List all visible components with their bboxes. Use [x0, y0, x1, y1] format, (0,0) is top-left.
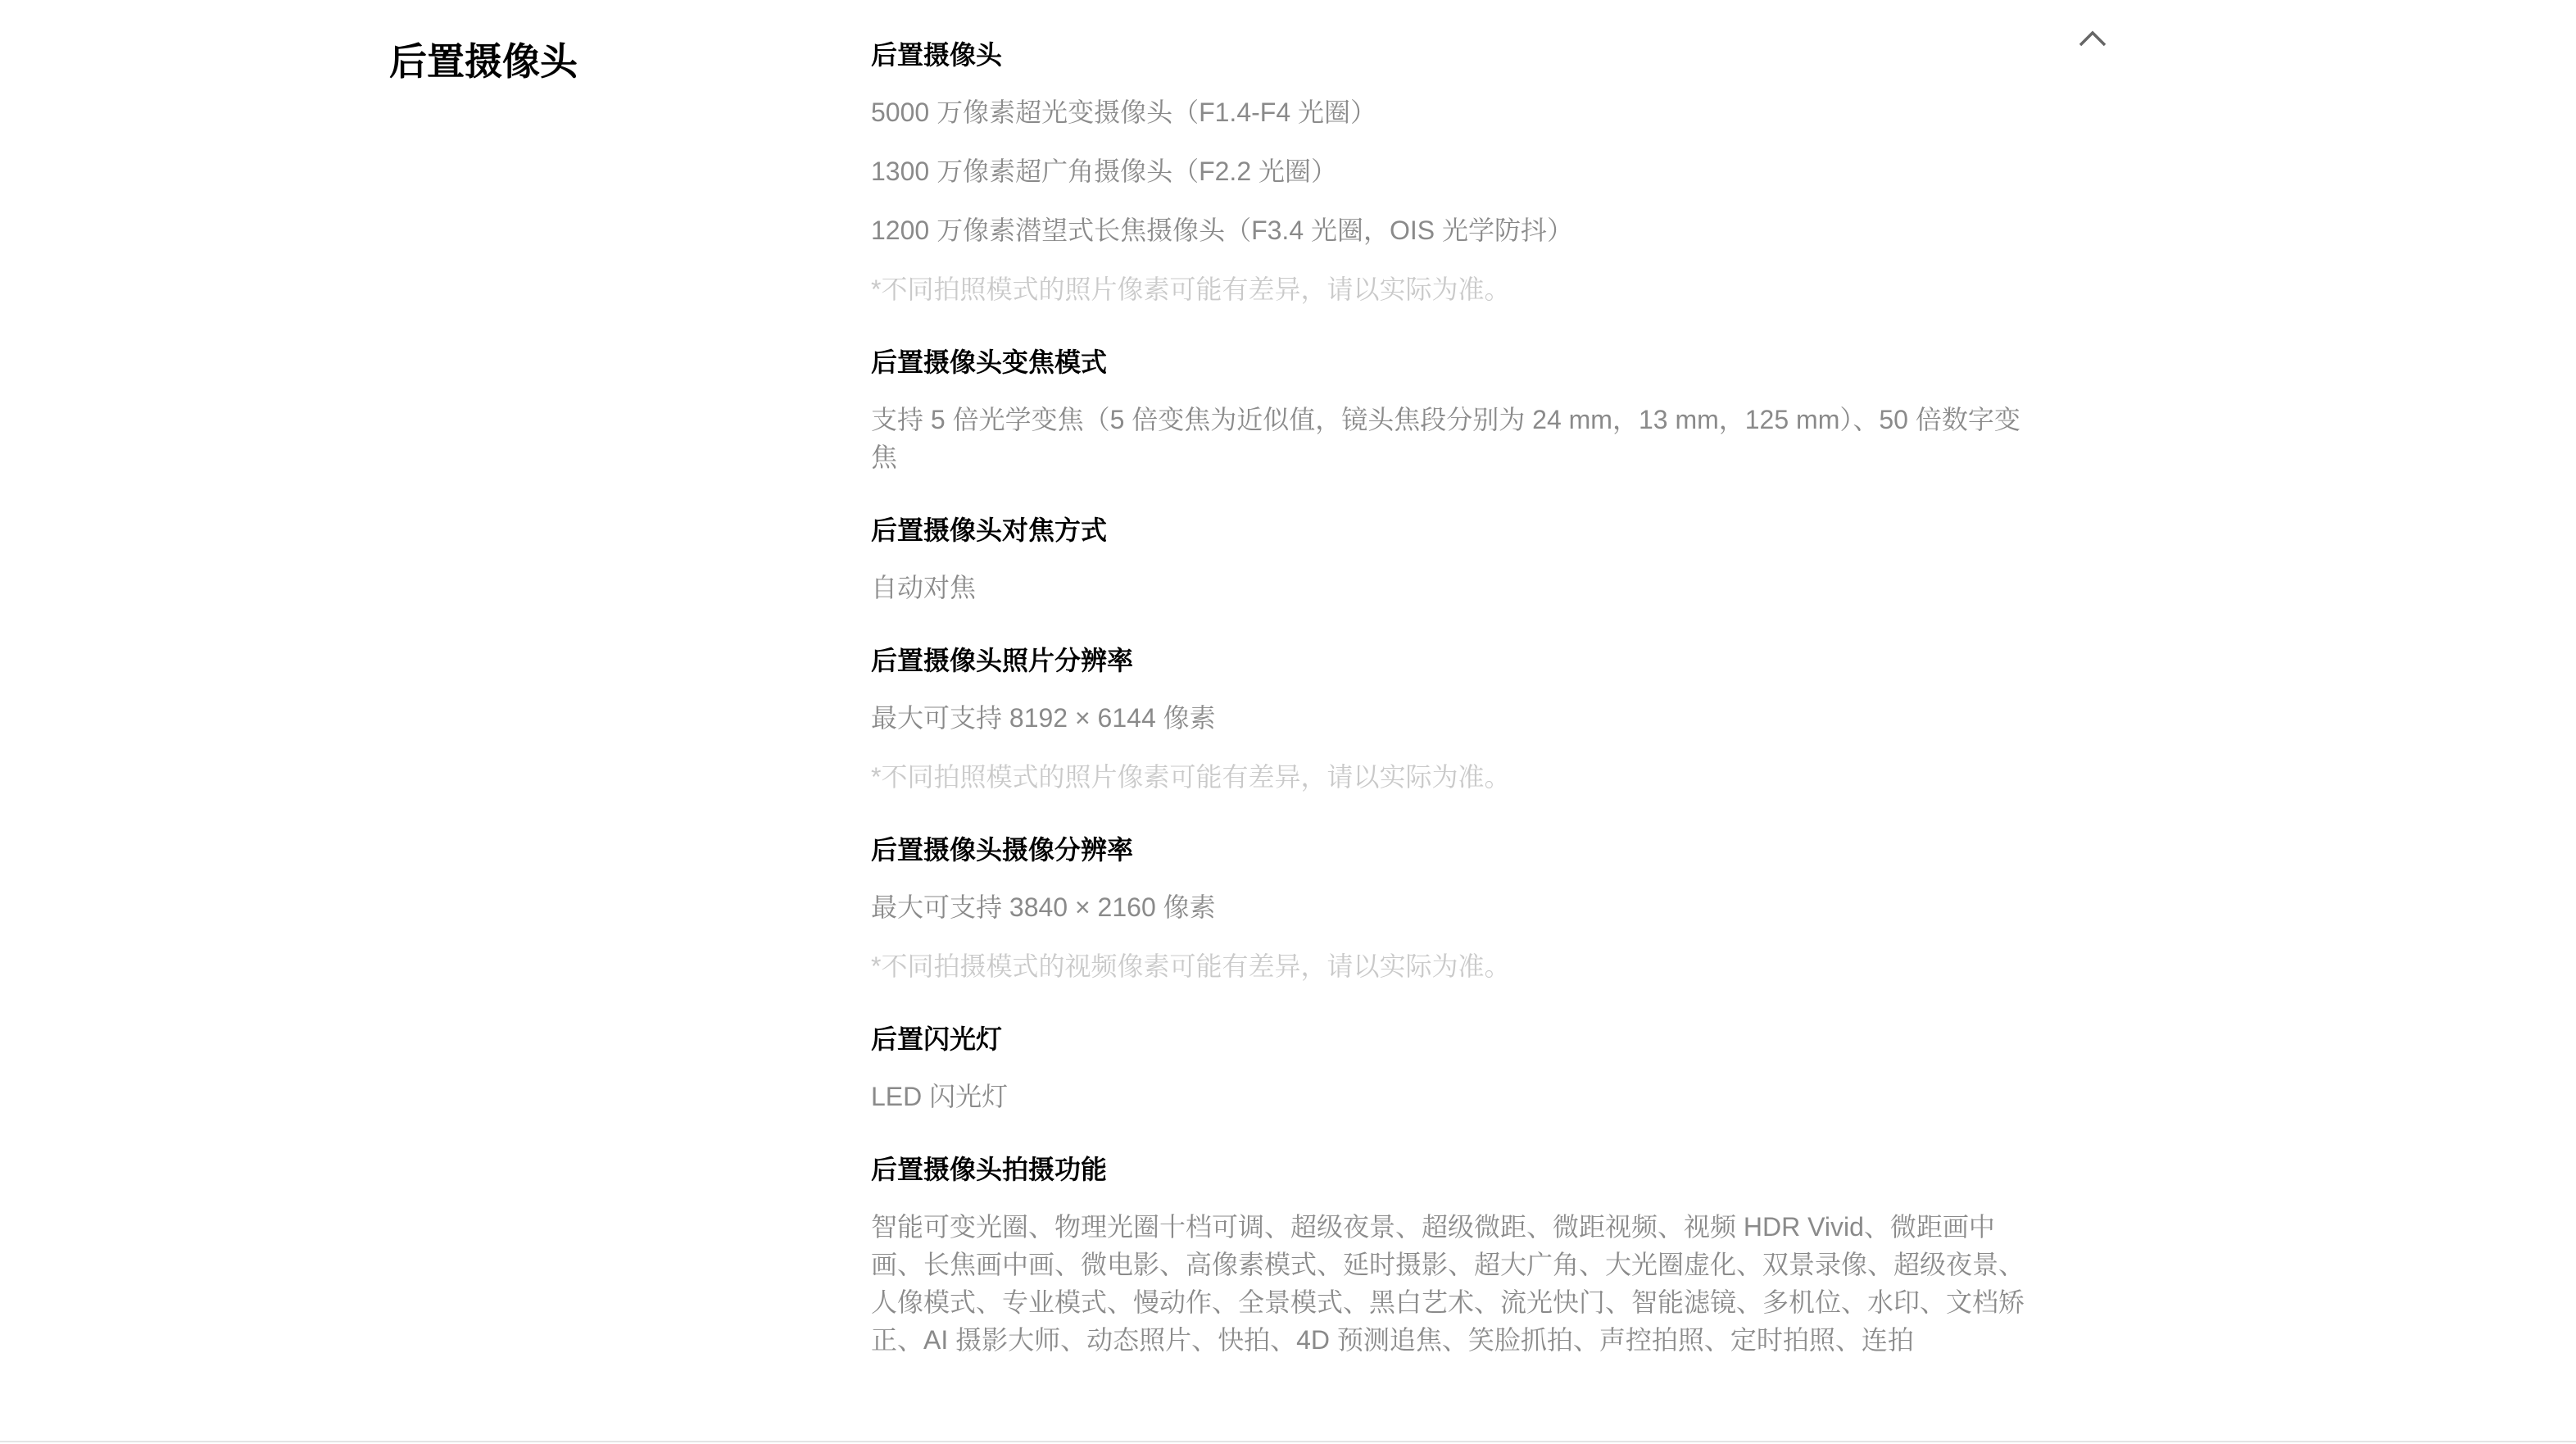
spec-item-title: 后置摄像头照片分辨率	[871, 642, 2038, 679]
spec-item-note: *不同拍摄模式的视频像素可能有差异，请以实际为准。	[871, 947, 2038, 985]
section-title: 后置摄像头	[389, 38, 871, 85]
spec-item-value: 自动对焦	[871, 569, 2038, 606]
spec-item-value: 最大可支持 8192 × 6144 像素	[871, 699, 2038, 737]
chevron-up-icon	[2078, 30, 2107, 48]
spec-item-title: 后置摄像头拍摄功能	[871, 1151, 2038, 1188]
spec-item-value: 智能可变光圈、物理光圈十档可调、超级夜景、超级微距、微距视频、视频 HDR Vi…	[871, 1208, 2038, 1359]
spec-item-shooting-features: 后置摄像头拍摄功能 智能可变光圈、物理光圈十档可调、超级夜景、超级微距、微距视频…	[871, 1151, 2038, 1359]
spec-content-column: 后置摄像头 5000 万像素超光变摄像头（F1.4-F4 光圈） 1300 万像…	[871, 0, 2038, 1380]
section-label-column: 后置摄像头	[389, 0, 871, 85]
spec-item-value: 5000 万像素超光变摄像头（F1.4-F4 光圈）	[871, 93, 2038, 131]
spec-item-rear-flash: 后置闪光灯 LED 闪光灯	[871, 1020, 2038, 1115]
spec-item-value: 1200 万像素潜望式长焦摄像头（F3.4 光圈，OIS 光学防抖）	[871, 211, 2038, 249]
spec-item-title: 后置摄像头变焦模式	[871, 343, 2038, 381]
spec-item-title: 后置摄像头	[871, 36, 2038, 74]
section-divider	[0, 1441, 2576, 1442]
spec-item-zoom-mode: 后置摄像头变焦模式 支持 5 倍光学变焦（5 倍变焦为近似值，镜头焦段分别为 2…	[871, 343, 2038, 476]
spec-item-focus-mode: 后置摄像头对焦方式 自动对焦	[871, 511, 2038, 606]
spec-item-value: 最大可支持 3840 × 2160 像素	[871, 888, 2038, 926]
spec-item-value: 支持 5 倍光学变焦（5 倍变焦为近似值，镜头焦段分别为 24 mm，13 mm…	[871, 401, 2038, 476]
spec-item-value: 1300 万像素超广角摄像头（F2.2 光圈）	[871, 152, 2038, 190]
collapse-section-button[interactable]	[2071, 26, 2107, 51]
spec-item-title: 后置摄像头对焦方式	[871, 511, 2038, 549]
rear-camera-spec-section: 后置摄像头 后置摄像头 5000 万像素超光变摄像头（F1.4-F4 光圈） 1…	[0, 0, 2576, 1380]
spec-item-note: *不同拍照模式的照片像素可能有差异，请以实际为准。	[871, 758, 2038, 796]
spec-item-video-resolution: 后置摄像头摄像分辨率 最大可支持 3840 × 2160 像素 *不同拍摄模式的…	[871, 831, 2038, 985]
spec-item-value: LED 闪光灯	[871, 1078, 2038, 1115]
spec-item-rear-camera: 后置摄像头 5000 万像素超光变摄像头（F1.4-F4 光圈） 1300 万像…	[871, 36, 2038, 308]
spec-item-photo-resolution: 后置摄像头照片分辨率 最大可支持 8192 × 6144 像素 *不同拍照模式的…	[871, 642, 2038, 796]
spec-item-title: 后置摄像头摄像分辨率	[871, 831, 2038, 869]
spec-item-note: *不同拍照模式的照片像素可能有差异，请以实际为准。	[871, 270, 2038, 308]
spec-item-title: 后置闪光灯	[871, 1020, 2038, 1058]
